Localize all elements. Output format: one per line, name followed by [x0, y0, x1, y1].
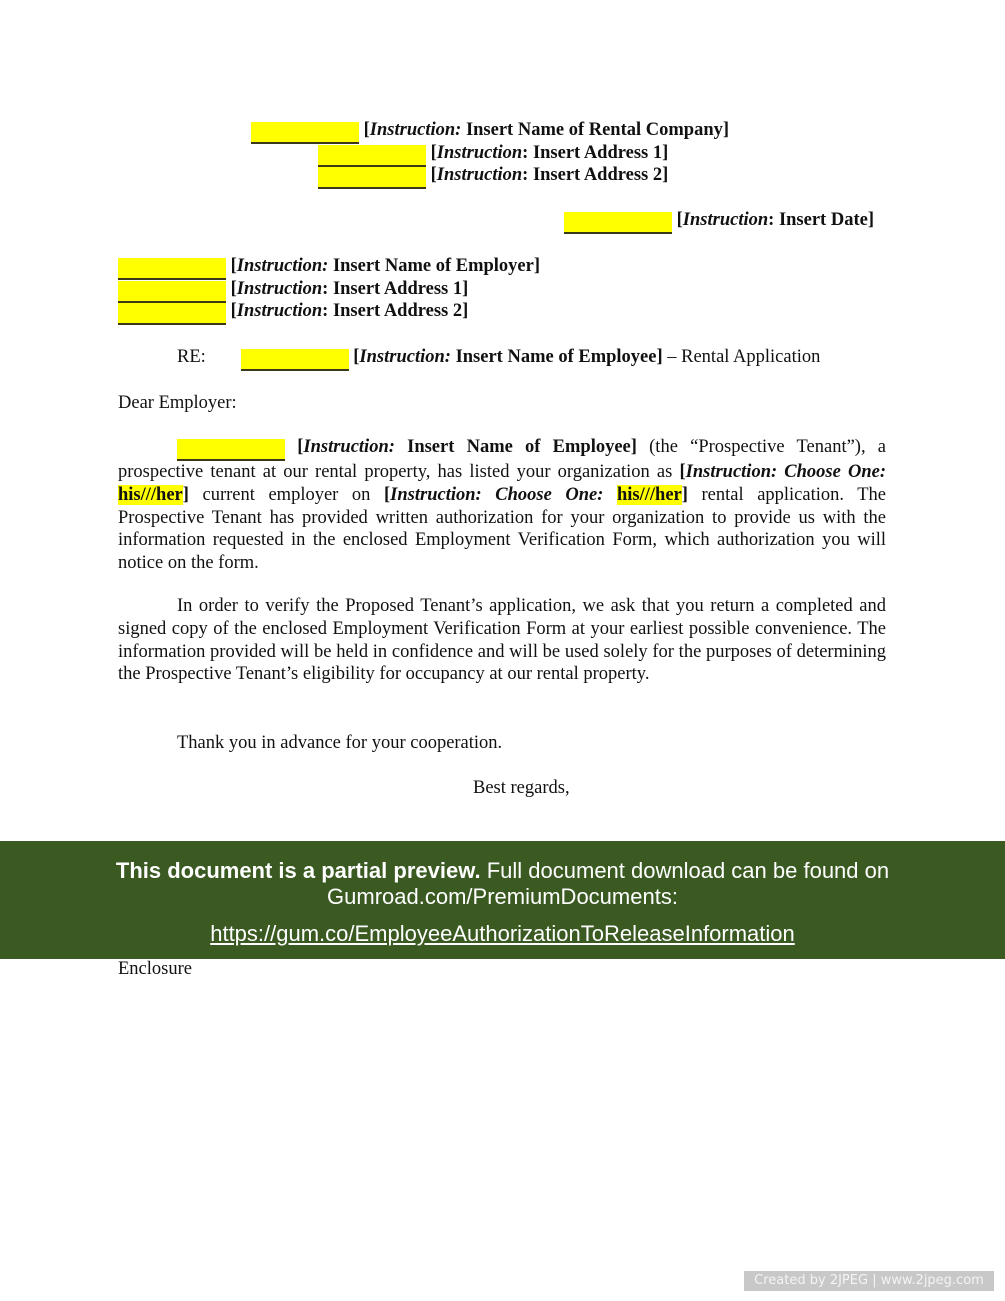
instruction-label: Instruction — [437, 143, 522, 163]
employer-name-line: __________ [Instruction: Insert Name of … — [118, 255, 540, 280]
re-suffix: – Rental Application — [663, 347, 821, 367]
instruction-label: Instruction — [683, 210, 768, 230]
instruction-label: Instruction — [437, 165, 522, 185]
instruction-text: : Insert Date — [768, 210, 868, 230]
re-label: RE: — [177, 346, 236, 368]
download-link[interactable]: https://gum.co/EmployeeAuthorizationToRe… — [210, 921, 795, 946]
instruction-label: Instruction — [237, 301, 322, 321]
instruction-label: Instruction: — [370, 120, 462, 140]
instruction-label: Instruction — [237, 279, 322, 299]
instruction-text: Insert Name of Employee — [451, 347, 657, 367]
banner-message: This document is a partial preview. Full… — [0, 858, 1005, 910]
instruction-label: Instruction: Choose One: — [390, 485, 603, 505]
closing: Best regards, — [473, 777, 570, 799]
paragraph-text: current employer on — [189, 485, 384, 505]
re-line: RE: __________ [Instruction: Insert Name… — [177, 346, 820, 371]
instruction-label: Instruction: — [359, 347, 451, 367]
date-line: __________ [Instruction: Insert Date] — [564, 209, 874, 234]
watermark: Created by 2JPEG | www.2jpeg.com — [744, 1271, 994, 1291]
blank-field[interactable]: __________ — [251, 122, 359, 144]
instruction-text: Insert Name of Rental Company — [461, 120, 723, 140]
instruction-label: Instruction: — [237, 256, 329, 276]
blank-field[interactable]: __________ — [118, 303, 226, 325]
blank-field[interactable]: __________ — [564, 212, 672, 234]
blank-field[interactable]: __________ — [318, 167, 426, 189]
instruction-label: Instruction: Choose One: — [686, 462, 886, 482]
preview-banner: This document is a partial preview. Full… — [0, 841, 1005, 959]
blank-field[interactable]: __________ — [241, 349, 349, 371]
rental-company-name-line: __________ [Instruction: Insert Name of … — [251, 119, 729, 144]
instruction-text: : Insert Address 2 — [322, 301, 462, 321]
instruction-text: : Insert Address 1 — [522, 143, 662, 163]
instruction-text: Insert Name of Employer — [328, 256, 534, 276]
paragraph-text: In order to verify the Proposed Tenant’s… — [118, 596, 886, 684]
rental-company-address2-line: __________ [Instruction: Insert Address … — [318, 164, 668, 189]
instruction-text: : Insert Address 1 — [322, 279, 462, 299]
paragraph-2: In order to verify the Proposed Tenant’s… — [118, 595, 886, 686]
instruction-text: : Insert Address 2 — [522, 165, 662, 185]
employer-address2-line: __________ [Instruction: Insert Address … — [118, 300, 468, 325]
choice-highlight[interactable]: his///her — [118, 485, 183, 505]
choice-highlight[interactable]: his///her — [617, 485, 682, 505]
instruction-label: Instruction: — [303, 437, 395, 457]
salutation: Dear Employer: — [118, 392, 237, 414]
enclosure: Enclosure — [118, 958, 192, 980]
blank-field[interactable]: __________ — [118, 258, 226, 280]
banner-bold-text: This document is a partial preview. — [116, 858, 481, 883]
paragraph-3: Thank you in advance for your cooperatio… — [177, 732, 502, 754]
blank-field[interactable]: __________ — [177, 439, 285, 461]
instruction-text: Insert Name of Employee — [395, 437, 631, 457]
paragraph-1: __________ [Instruction: Insert Name of … — [118, 436, 886, 575]
